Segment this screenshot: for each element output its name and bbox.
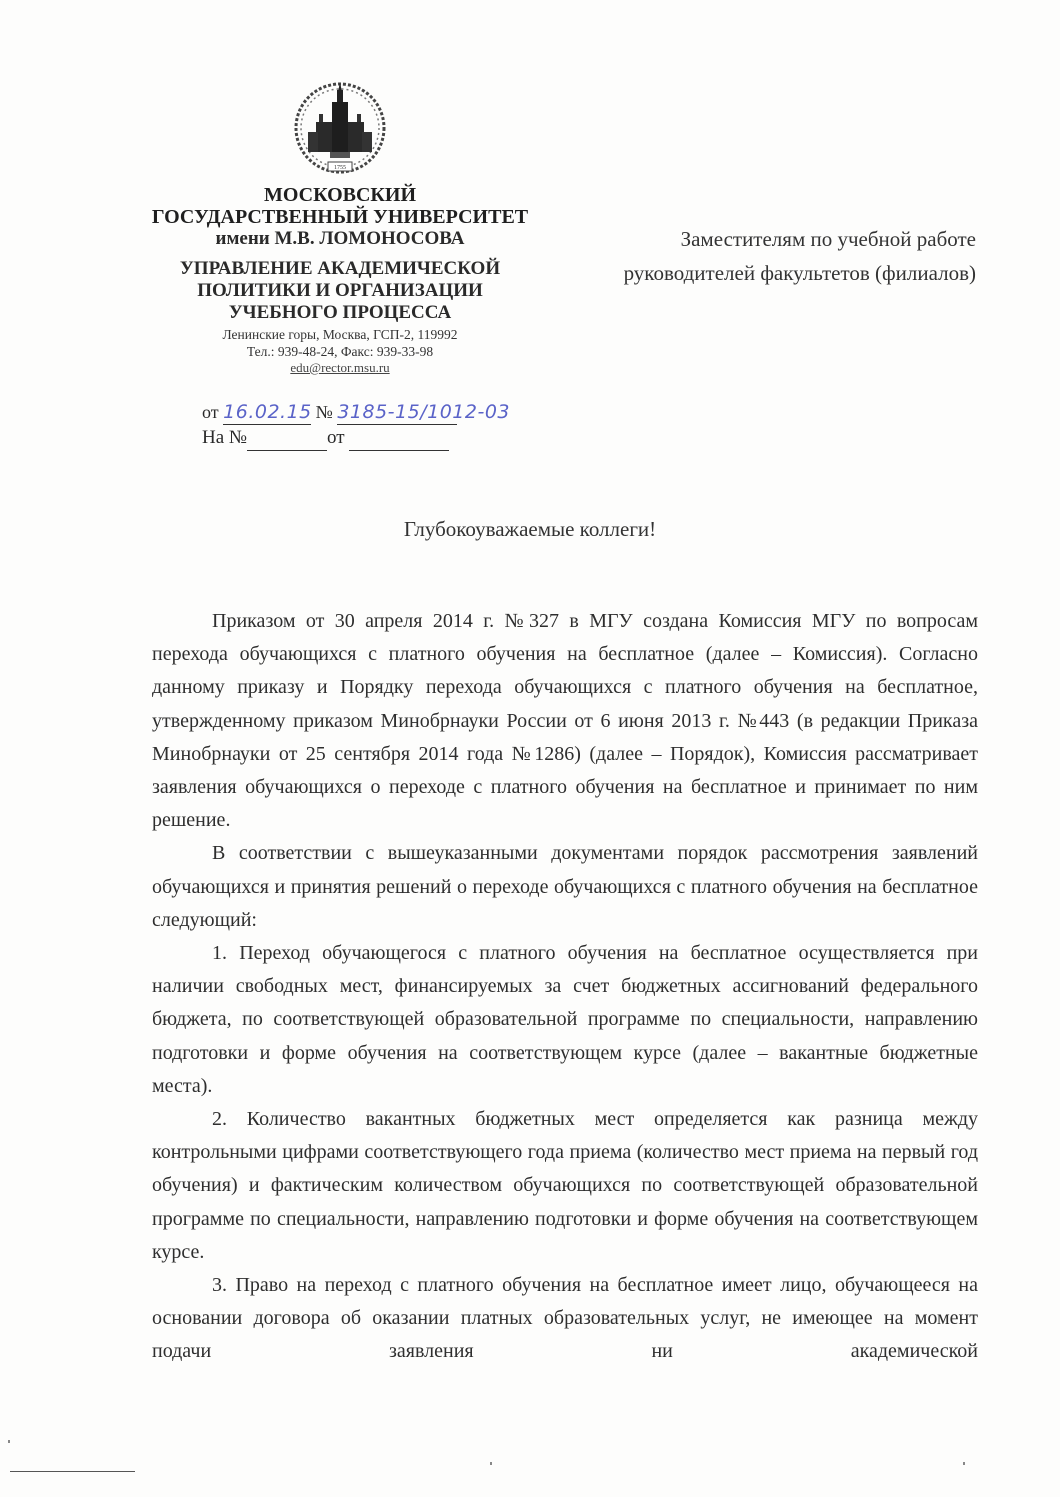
handwritten-date: 16.02.15 bbox=[223, 401, 312, 423]
paragraph-procedure: В соответствии с вышеуказанными документ… bbox=[152, 837, 978, 937]
paragraph-item-2: 2. Количество вакантных бюджетных мест о… bbox=[152, 1103, 978, 1269]
scan-mark bbox=[490, 1462, 492, 1465]
letterhead: 1755 МОСКОВСКИЙ ГОСУДАРСТВЕННЫЙ УНИВЕРСИ… bbox=[130, 78, 550, 376]
reply-number-field bbox=[247, 426, 327, 451]
address: Ленинские горы, Москва, ГСП-2, 119992 bbox=[130, 326, 550, 343]
number-field: 3185-15/1012-03 bbox=[337, 400, 457, 425]
handwritten-number: 3185-15/1012-03 bbox=[337, 401, 510, 423]
number-label: № bbox=[316, 402, 333, 422]
department-name-line2: ПОЛИТИКИ И ОРГАНИЗАЦИИ bbox=[130, 280, 550, 302]
date-field: 16.02.15 bbox=[223, 400, 311, 425]
svg-text:1755: 1755 bbox=[334, 165, 346, 171]
addressee: Заместителям по учебной работе руководит… bbox=[560, 222, 976, 290]
paragraph-item-1: 1. Переход обучающегося с платного обуче… bbox=[152, 937, 978, 1103]
reply-line: На № от bbox=[202, 426, 449, 451]
footer-divider bbox=[10, 1471, 135, 1472]
email-link[interactable]: edu@rector.msu.ru bbox=[130, 360, 550, 376]
scan-mark bbox=[8, 1440, 10, 1443]
date-label: от bbox=[202, 402, 219, 422]
scan-mark bbox=[963, 1462, 965, 1465]
paragraph-item-3: 3. Право на переход с платного обучения … bbox=[152, 1269, 978, 1369]
paragraph-intro: Приказом от 30 апреля 2014 г. №327 в МГУ… bbox=[152, 605, 978, 837]
greeting: Глубокоуважаемые коллеги! bbox=[0, 517, 1060, 542]
university-name-line1: МОСКОВСКИЙ bbox=[130, 184, 550, 206]
addressee-line1: Заместителям по учебной работе bbox=[560, 222, 976, 256]
reply-date-field bbox=[349, 426, 449, 451]
reply-number-label: На № bbox=[202, 427, 247, 448]
university-name-line3: имени М.В. ЛОМОНОСОВА bbox=[130, 228, 550, 250]
addressee-line2: руководителей факультетов (филиалов) bbox=[560, 256, 976, 290]
phone-fax: Тел.: 939-48-24, Факс: 939-33-98 bbox=[130, 343, 550, 360]
msu-building-emblem-icon: 1755 bbox=[290, 78, 390, 178]
department-name-line1: УПРАВЛЕНИЕ АКАДЕМИЧЕСКОЙ bbox=[130, 258, 550, 280]
registration-line: от 16.02.15 № 3185-15/1012-03 bbox=[202, 400, 457, 425]
reply-date-label: от bbox=[327, 427, 345, 448]
university-name-line2: ГОСУДАРСТВЕННЫЙ УНИВЕРСИТЕТ bbox=[130, 206, 550, 228]
department-name-line3: УЧЕБНОГО ПРОЦЕССА bbox=[130, 302, 550, 324]
letter-body: Приказом от 30 апреля 2014 г. №327 в МГУ… bbox=[152, 605, 978, 1369]
